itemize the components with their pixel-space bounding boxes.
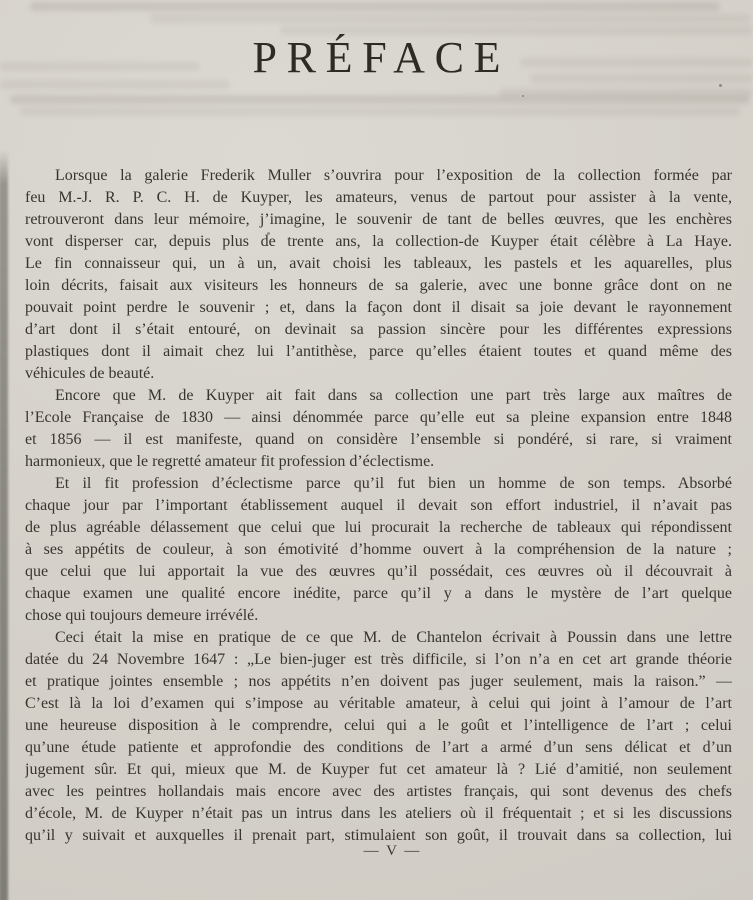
- bleedthrough-line: [150, 14, 750, 23]
- text-line: Ceci était la mise en pratique de ce que…: [25, 627, 732, 649]
- text-line: véhicules de beauté.: [25, 363, 732, 385]
- bleedthrough-line: [30, 2, 720, 11]
- text-line: avec les peintres hollandais mais encore…: [25, 781, 732, 803]
- page-gutter-shadow: [0, 150, 8, 900]
- bleedthrough-line: [20, 107, 740, 116]
- text-line: harmonieux, que le regretté amateur fit …: [25, 451, 732, 473]
- text-line: chose qui toujours demeure irrévélé.: [25, 605, 732, 627]
- text-line: Le fin connaisseur qui, un à un, avait c…: [25, 253, 732, 275]
- text-line: Encore que M. de Kuyper ait fait dans sa…: [25, 385, 732, 407]
- text-line: chaque examen une qualité encore inédite…: [25, 583, 732, 605]
- text-line: plastiques dont il aimait chez lui l’ant…: [25, 341, 732, 363]
- bleedthrough-line: [10, 95, 750, 104]
- text-line: que celui que lui apportait la vue des œ…: [25, 561, 732, 583]
- text-line: datée du 24 Novembre 1647 : „Le bien-jug…: [25, 649, 732, 671]
- text-line: Lorsque la galerie Frederik Muller s’ouv…: [25, 165, 732, 187]
- text-line: C’est là la loi d’examen qui s’impose au…: [25, 693, 732, 715]
- page-number: — V —: [0, 843, 753, 860]
- text-line: et 1856 — il est manifeste, quand on con…: [25, 429, 732, 451]
- text-line: feu M.-J. R. P. C. H. de Kuyper, les ama…: [25, 187, 732, 209]
- paragraph: Encore que M. de Kuyper ait fait dans sa…: [25, 385, 732, 473]
- paper-speck: [719, 84, 722, 87]
- preface-text: Lorsque la galerie Frederik Muller s’ouv…: [25, 165, 732, 847]
- bleedthrough-line: [0, 80, 230, 89]
- text-line: qu’une étude patiente et approfondie des…: [25, 737, 732, 759]
- text-line: Et il fit profession d’éclectisme parce …: [25, 473, 732, 495]
- text-line: vont disperser car, depuis plus de trent…: [25, 231, 732, 253]
- paper-speck: [522, 95, 524, 97]
- book-page: PRÉFACE Lorsque la galerie Frederik Mull…: [0, 0, 753, 900]
- text-line: l’Ecole Française de 1830 — ainsi dénomm…: [25, 407, 732, 429]
- text-line: à ses appétits de couleur, à son émotivi…: [25, 539, 732, 561]
- paragraph: Ceci était la mise en pratique de ce que…: [25, 627, 732, 847]
- page-title: PRÉFACE: [0, 36, 753, 80]
- paragraph: Lorsque la galerie Frederik Muller s’ouv…: [25, 165, 732, 385]
- text-line: retrouveront dans leur mémoire, j’imagin…: [25, 209, 732, 231]
- text-line: et pratique jointes ensemble ; nos appét…: [25, 671, 732, 693]
- text-line: pouvait point perdre le souvenir ; et, d…: [25, 297, 732, 319]
- text-line: de plus agréable délassement que celui q…: [25, 517, 732, 539]
- text-line: d’art dont il s’était entouré, on devina…: [25, 319, 732, 341]
- text-line: loin décrits, faisait aux visiteurs les …: [25, 275, 732, 297]
- text-line: d’école, M. de Kuyper n’était pas un int…: [25, 803, 732, 825]
- paragraph: Et il fit profession d’éclectisme parce …: [25, 473, 732, 627]
- text-line: chaque jour par l’important établissemen…: [25, 495, 732, 517]
- text-line: une heureuse disposition à le comprendre…: [25, 715, 732, 737]
- text-line: jugement sûr. Et qui, mieux que M. de Ku…: [25, 759, 732, 781]
